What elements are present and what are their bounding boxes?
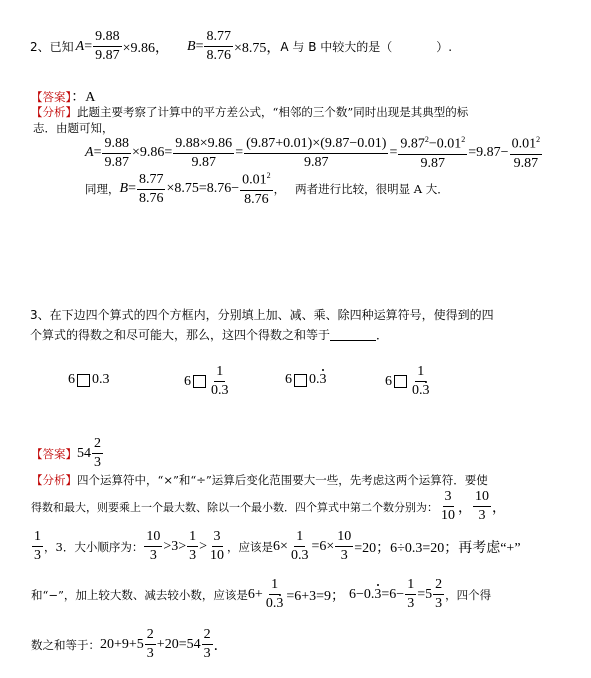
operator-box (394, 375, 407, 388)
tail: 9.87− (476, 145, 508, 161)
fraction: 0.0128.76 (240, 172, 273, 207)
fraction: 10.3 (289, 530, 311, 563)
fraction: 23 (433, 578, 444, 611)
q3-analysis-line5: 数之和等于： 20+9+5 23 +20=54 23 ． (31, 628, 228, 661)
equals: = (94, 145, 102, 161)
fraction: 0.0129.87 (510, 136, 543, 171)
expression-3: 60.3 (285, 372, 327, 388)
q3-analysis-line4: 和“−”，加上较大数、减去较小数，应该是 6+ 10.3 =6+3=9； 6−0… (31, 578, 491, 611)
q3-analysis-line3: 13 ，3．大小顺序为： 103 >3> 13 > 310 ，应该是 6× 10… (31, 530, 521, 563)
equation-b: 同理， B = 8.778.76 ×8.75=8.76− 0.0128.76 ，… (85, 172, 449, 207)
answer-whole: 54 (77, 446, 91, 462)
equals: = (84, 39, 92, 55)
a-multiplier: ×9.86， (123, 37, 169, 57)
question-2: 2、已知 A = 9.889.87 ×9.86， B = 8.778.76 ×8… (30, 30, 452, 63)
analysis-text: 此题主要考察了计算中的平方差公式，“相邻的三个数”同时出现是其典型的标 (77, 105, 468, 119)
repeating-digit: 3 (320, 372, 327, 388)
fraction: 9.88×9.869.87 (173, 137, 234, 170)
answer-value: ：A (71, 90, 95, 105)
fraction: 103 (335, 530, 353, 563)
fraction: 103 (473, 490, 491, 523)
q3-text: 个算式的得数之和尽可能大，那么，这四个得数之和等于 (30, 326, 330, 343)
repeating-digit: 3 (374, 587, 381, 603)
b-multiplier: ×8.75， (234, 37, 280, 57)
var-a: A (85, 145, 94, 161)
conclusion: 两者进行比较，很明显 A 大． (295, 181, 449, 197)
q3-line1: 3、在下边四个算式的四个方框内，分别填上加、减、乘、除四种运算符号，使得到的四 (30, 306, 494, 323)
period: ． (376, 326, 388, 343)
text: ，3．大小顺序为： (44, 539, 143, 555)
q2-question: A 与 B 中较大的是（ (280, 38, 392, 55)
multiplier: ×9.86 (132, 145, 164, 161)
text: ，四个得 (445, 587, 491, 603)
answer-tag: 【答案】 (31, 446, 77, 462)
prefix: 同理， (85, 181, 120, 197)
operator-box (193, 375, 206, 388)
fraction: 23 (145, 628, 156, 661)
analysis-tag: 【分析】 (31, 105, 77, 119)
fraction: 9.889.87 (102, 137, 131, 170)
text: ，应该是 (227, 539, 273, 555)
fraction: 310 (439, 490, 457, 523)
middle: ×8.75=8.76− (166, 181, 239, 197)
q2-close: ）. (436, 38, 452, 55)
q2-answer: 【答案】：A (31, 86, 95, 106)
q3-analysis-line2: 得数和最大，则要乘上一个最大数、除以一个最小数．四个算式中第二个数分别为： 31… (31, 490, 506, 523)
fraction: (9.87+0.01)×(9.87−0.01)9.87 (244, 137, 388, 170)
fraction: 9.872−0.0129.87 (398, 136, 467, 171)
q3-line2: 个算式的得数之和尽可能大，那么，这四个得数之和等于 ． (30, 326, 388, 343)
operator-box (294, 374, 307, 387)
var-a: A (76, 39, 85, 55)
fraction: 10.3 (209, 365, 231, 398)
fraction: 8.778.76 (137, 173, 166, 206)
analysis-text: 得数和最大，则要乘上一个最大数、除以一个最小数．四个算式中第二个数分别为： (31, 499, 438, 515)
var-b: B (187, 39, 196, 55)
fraction: 13 (32, 530, 43, 563)
comma: ， (274, 181, 286, 197)
fraction: 13 (405, 578, 416, 611)
fraction: 8.778.76 (204, 30, 233, 63)
q2-number: 2、已知 (30, 38, 74, 55)
answer-blank (330, 328, 376, 341)
expression-4: 6 10.3 (385, 365, 433, 398)
fraction: 10.3 (264, 578, 286, 611)
fraction: 23 (92, 437, 103, 470)
equation-a: A = 9.889.87 ×9.86 = 9.88×9.869.87 = (9.… (85, 136, 543, 171)
equals: = (196, 39, 204, 55)
text: 数之和等于： (31, 637, 100, 653)
analysis-tag: 【分析】 (31, 473, 77, 487)
fraction: 13 (187, 530, 198, 563)
equals: = (164, 145, 172, 161)
fraction: 9.889.87 (93, 30, 122, 63)
analysis-text: 志．由题可知， (33, 120, 114, 136)
analysis-text: 四个运算符中，“×”和“÷”运算后变化范围要大一些，先考虑这两个运算符．要使 (77, 473, 488, 487)
answer-tag: 【答案】 (31, 90, 71, 104)
fraction: 23 (202, 628, 213, 661)
fraction: 103 (144, 530, 162, 563)
operator-box (77, 374, 90, 387)
equals: = (468, 145, 476, 161)
fraction: 10.3 (410, 365, 432, 398)
q3-analysis-line1: 【分析】四个运算符中，“×”和“÷”运算后变化范围要大一些，先考虑这两个运算符．… (31, 472, 488, 488)
equals: = (235, 145, 243, 161)
q2-analysis: 【分析】此题主要考察了计算中的平方差公式，“相邻的三个数”同时出现是其典型的标 (31, 104, 468, 120)
text: 和“−”，加上较大数、减去较小数，应该是 (31, 587, 248, 603)
var-b: B (120, 181, 129, 197)
expression-2: 6 10.3 (184, 365, 232, 398)
fraction: 310 (208, 530, 226, 563)
q3-answer: 【答案】 54 23 (31, 437, 104, 470)
equals: = (389, 145, 397, 161)
expression-1: 60.3 (68, 372, 110, 388)
equals: = (128, 181, 136, 197)
